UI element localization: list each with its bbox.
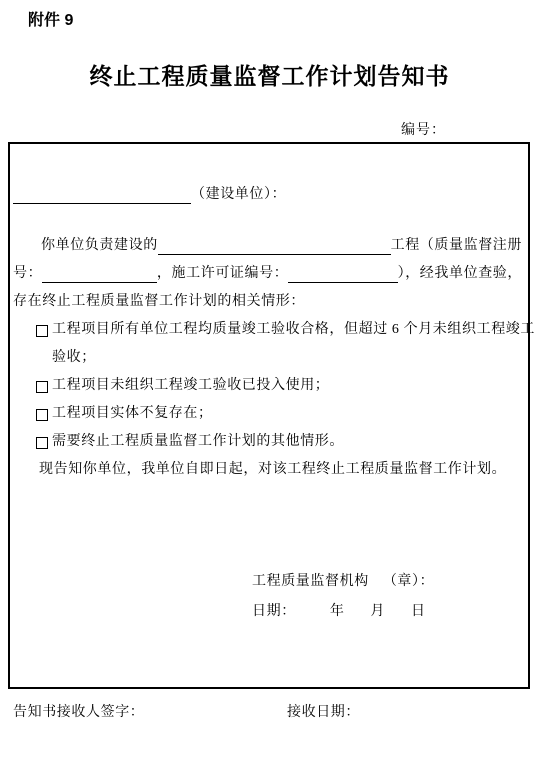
supervision-org-label: 工程质量监督机构 [252, 573, 369, 591]
signature-date-line: 日期： 年 月 日 [252, 603, 426, 621]
checkbox-label: 工程项目所有单位工程均质量竣工验收合格，但超过 6 个月未组织工程竣工 [52, 321, 535, 339]
paragraph-line1-lead: 你单位负责建设的 [41, 237, 158, 255]
receiver-signature-label: 告知书接收人签字： [13, 701, 144, 721]
seal-label: （章）： [383, 573, 434, 591]
checkbox-icon[interactable] [36, 381, 48, 393]
receive-date-label: 接收日期： [287, 701, 360, 721]
paragraph-line-1: 你单位负责建设的 工程（质量监督注册 [41, 237, 522, 255]
checkbox-icon[interactable] [36, 409, 48, 421]
checkbox-icon[interactable] [36, 325, 48, 337]
permit-number-blank-field[interactable] [288, 266, 397, 283]
project-name-blank-field[interactable] [158, 238, 391, 255]
day-label: 日 [411, 603, 426, 621]
situations-intro: 存在终止工程质量监督工作计划的相关情形： [13, 293, 305, 311]
checkbox-icon[interactable] [36, 437, 48, 449]
paragraph-line-2: 号： ，施工许可证编号： ），经我单位查验， [13, 265, 522, 283]
checkbox-item-1: 工程项目所有单位工程均质量竣工验收合格，但超过 6 个月未组织工程竣工 [36, 321, 535, 339]
checkbox-label: 工程项目实体不复存在； [52, 405, 213, 423]
checkbox-label: 工程项目未组织工程竣工验收已投入使用； [52, 377, 329, 395]
notice-box: （建设单位）： 你单位负责建设的 工程（质量监督注册 号： ，施工许可证编号： … [8, 142, 530, 689]
paragraph-line1-tail: 工程（质量监督注册 [391, 237, 522, 255]
checkbox-item-3: 工程项目实体不复存在； [36, 405, 213, 423]
date-label: 日期： [252, 603, 296, 621]
checkbox-item-2: 工程项目未组织工程竣工验收已投入使用； [36, 377, 329, 395]
year-label: 年 [330, 603, 345, 621]
paragraph-line2-tail: ），经我单位查验， [398, 265, 522, 283]
registration-number-blank-field[interactable] [42, 266, 157, 283]
document-page: 附件 9 终止工程质量监督工作计划告知书 编号： （建设单位）： 你单位负责建设… [0, 0, 539, 763]
signature-org-line: 工程质量监督机构 （章）： [252, 573, 434, 591]
attachment-label: 附件 9 [28, 7, 73, 30]
closing-statement: 现告知你单位，我单位自即日起，对该工程终止工程质量监督工作计划。 [39, 461, 506, 479]
paragraph-line2-mid: ，施工许可证编号： [157, 265, 288, 283]
addressee-line: （建设单位）： [13, 186, 286, 204]
checkbox-item-1-continuation: 验收； [52, 349, 96, 367]
addressee-blank-field[interactable] [13, 187, 191, 204]
checkbox-label: 需要终止工程质量监督工作计划的其他情形。 [52, 433, 344, 451]
number-label: 编号： [401, 119, 446, 139]
paragraph-line2-lead: 号： [13, 265, 42, 283]
month-label: 月 [370, 603, 385, 621]
addressee-suffix: （建设单位）： [191, 186, 286, 204]
checkbox-item-4: 需要终止工程质量监督工作计划的其他情形。 [36, 433, 344, 451]
document-title: 终止工程质量监督工作计划告知书 [0, 58, 539, 91]
